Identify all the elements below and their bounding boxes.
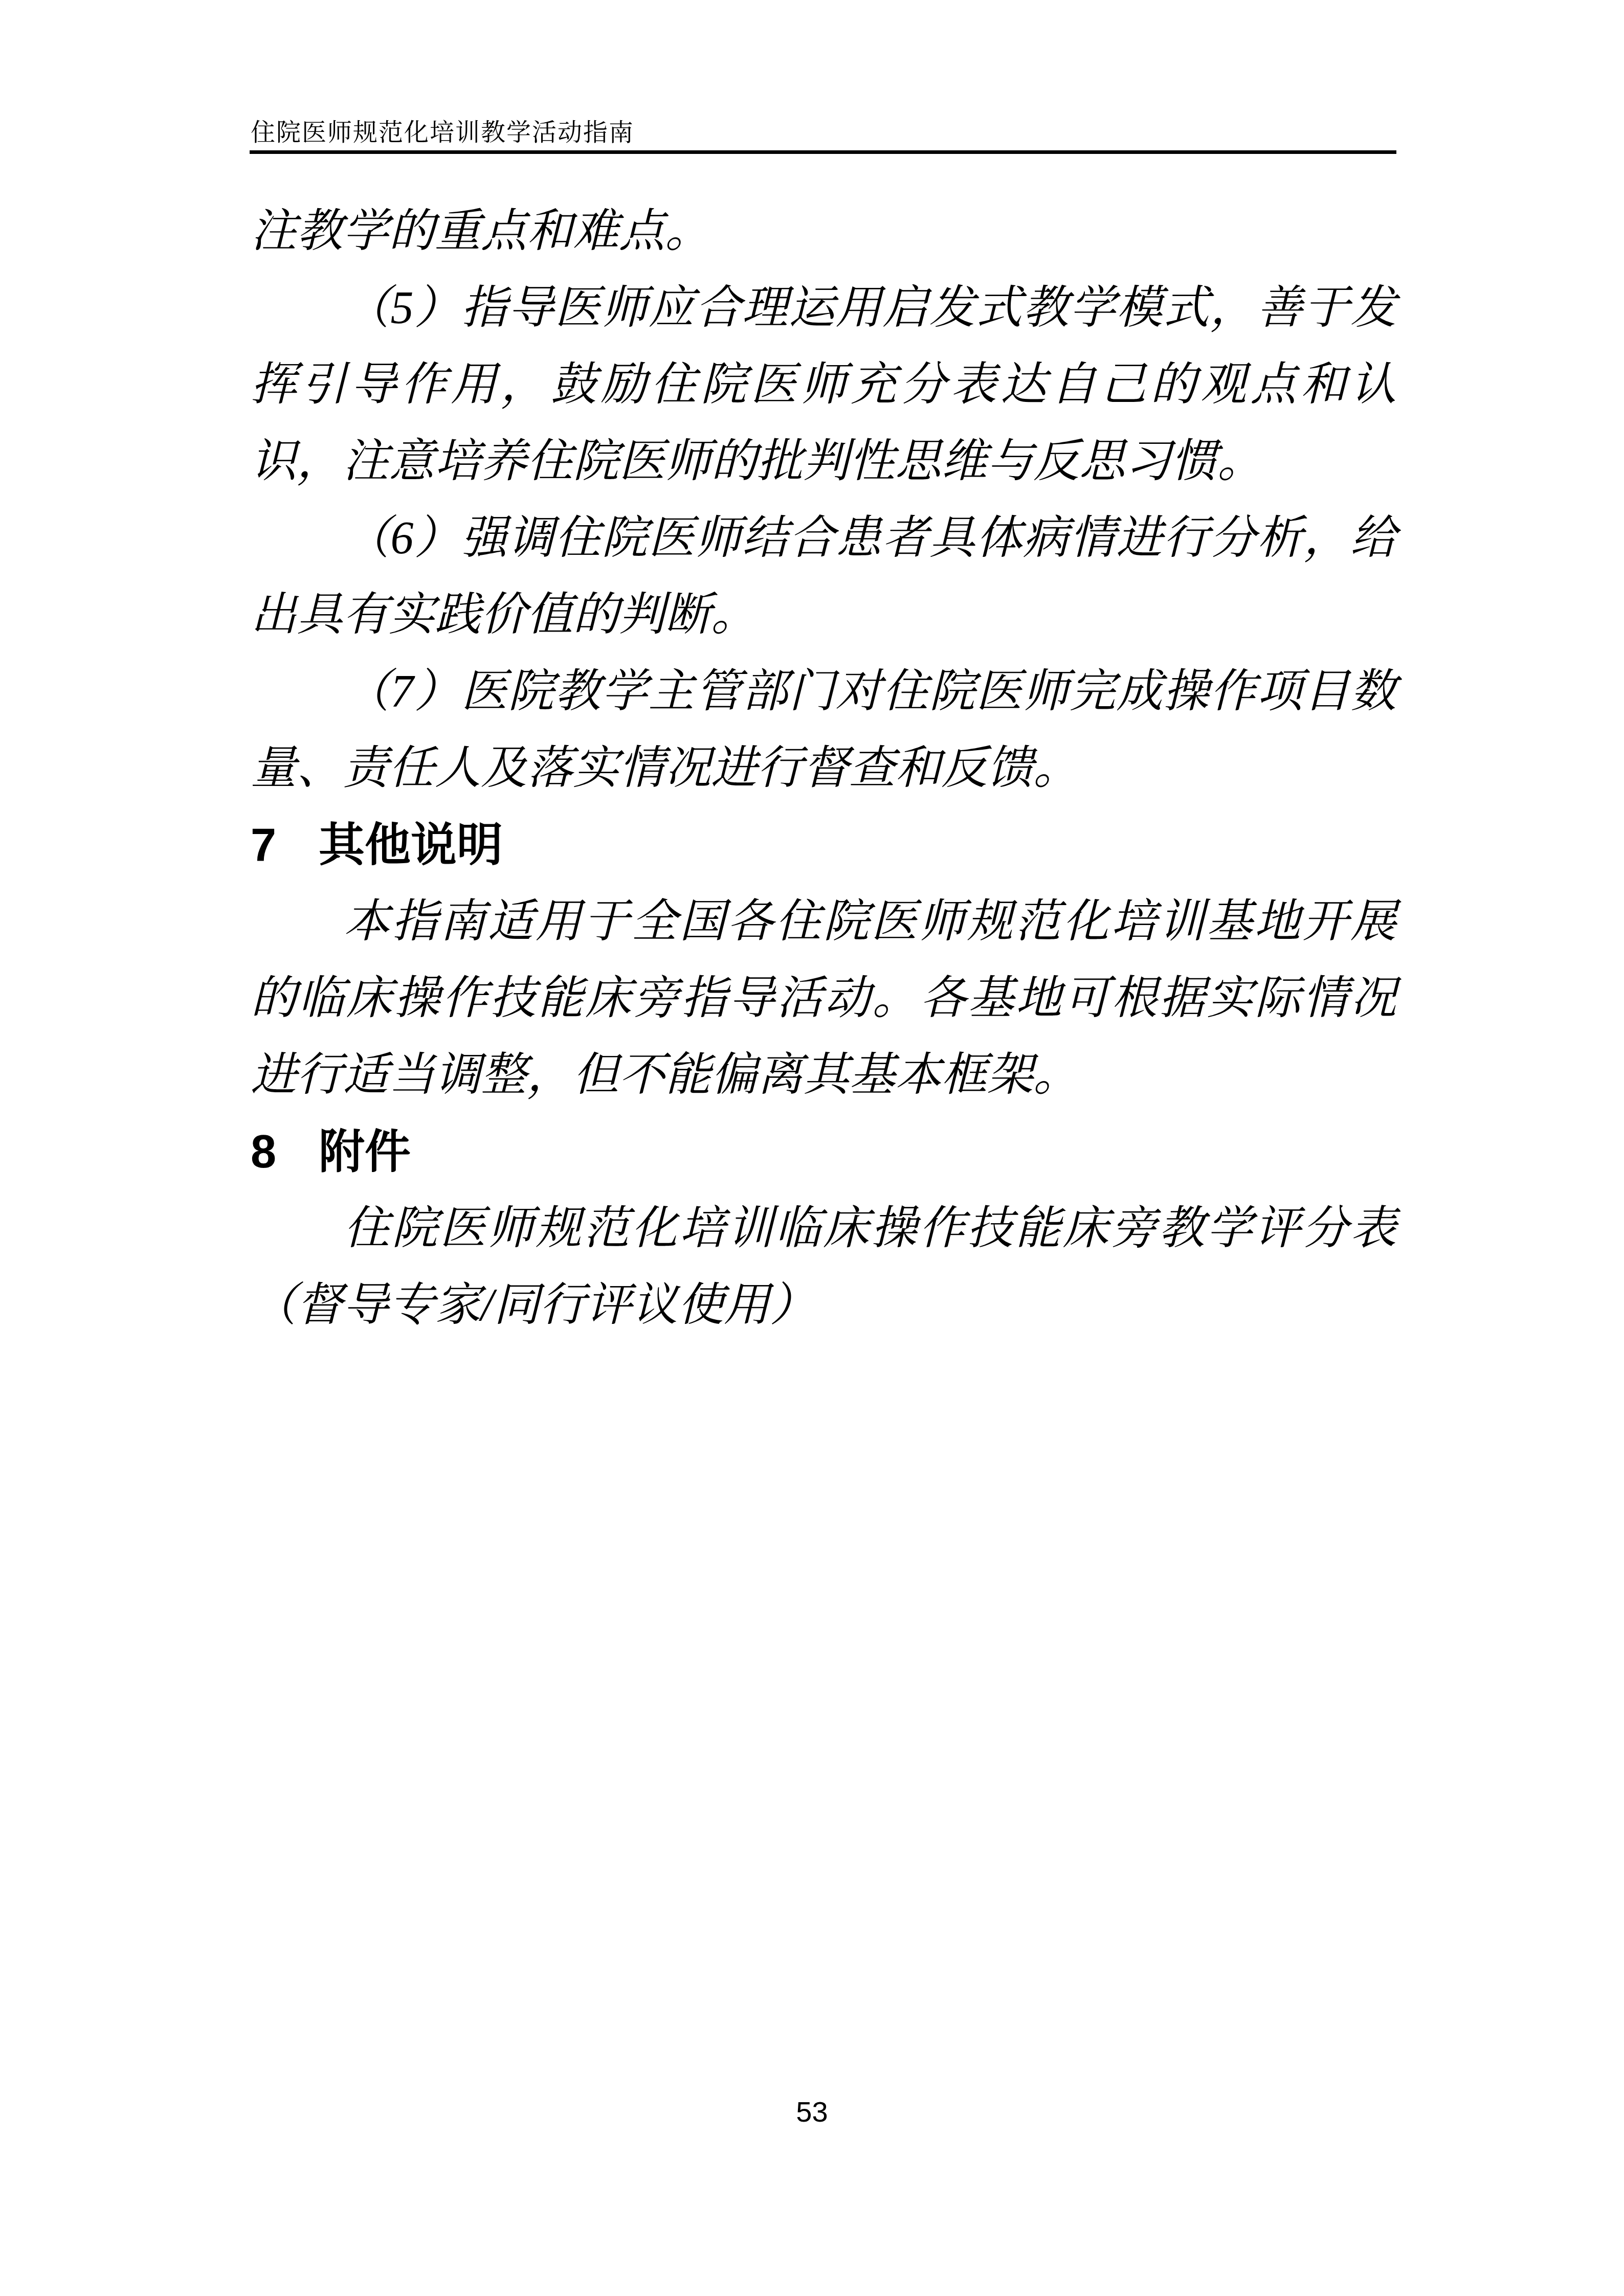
paragraph-item-7: （7）医院教学主管部门对住院医师完成操作项目数量、责任人及落实情况进行督查和反馈… xyxy=(251,654,1396,807)
document-body: 注教学的重点和难点。 （5）指导医师应合理运用启发式教学模式，善于发挥引导作用，… xyxy=(251,193,1396,1344)
page-number: 53 xyxy=(0,2096,1624,2128)
section-heading-7-title: 其他说明 xyxy=(319,820,503,871)
header-rule xyxy=(250,150,1396,154)
paragraph-item-6: （6）强调住院医师结合患者具体病情进行分析，给出具有实践价值的判断。 xyxy=(251,500,1396,654)
paragraph-item-5: （5）指导医师应合理运用启发式教学模式，善于发挥引导作用，鼓励住院医师充分表达自… xyxy=(251,270,1396,500)
section-heading-7-number: 7 xyxy=(251,820,276,871)
section-heading-8: 8 附件 xyxy=(251,1114,1396,1190)
section-heading-8-number: 8 xyxy=(251,1127,276,1178)
paragraph-continuation: 注教学的重点和难点。 xyxy=(251,193,1396,270)
section-heading-7: 7 其他说明 xyxy=(251,807,1396,884)
paragraph-attachment: 住院医师规范化培训临床操作技能床旁教学评分表（督导专家/同行评议使用） xyxy=(251,1190,1396,1344)
running-header-title: 住院医师规范化培训教学活动指南 xyxy=(251,119,634,147)
paragraph-scope: 本指南适用于全国各住院医师规范化培训基地开展的临床操作技能床旁指导活动。各基地可… xyxy=(251,884,1396,1114)
section-heading-8-title: 附件 xyxy=(319,1127,411,1178)
document-page: 住院医师规范化培训教学活动指南 注教学的重点和难点。 （5）指导医师应合理运用启… xyxy=(0,0,1624,2296)
